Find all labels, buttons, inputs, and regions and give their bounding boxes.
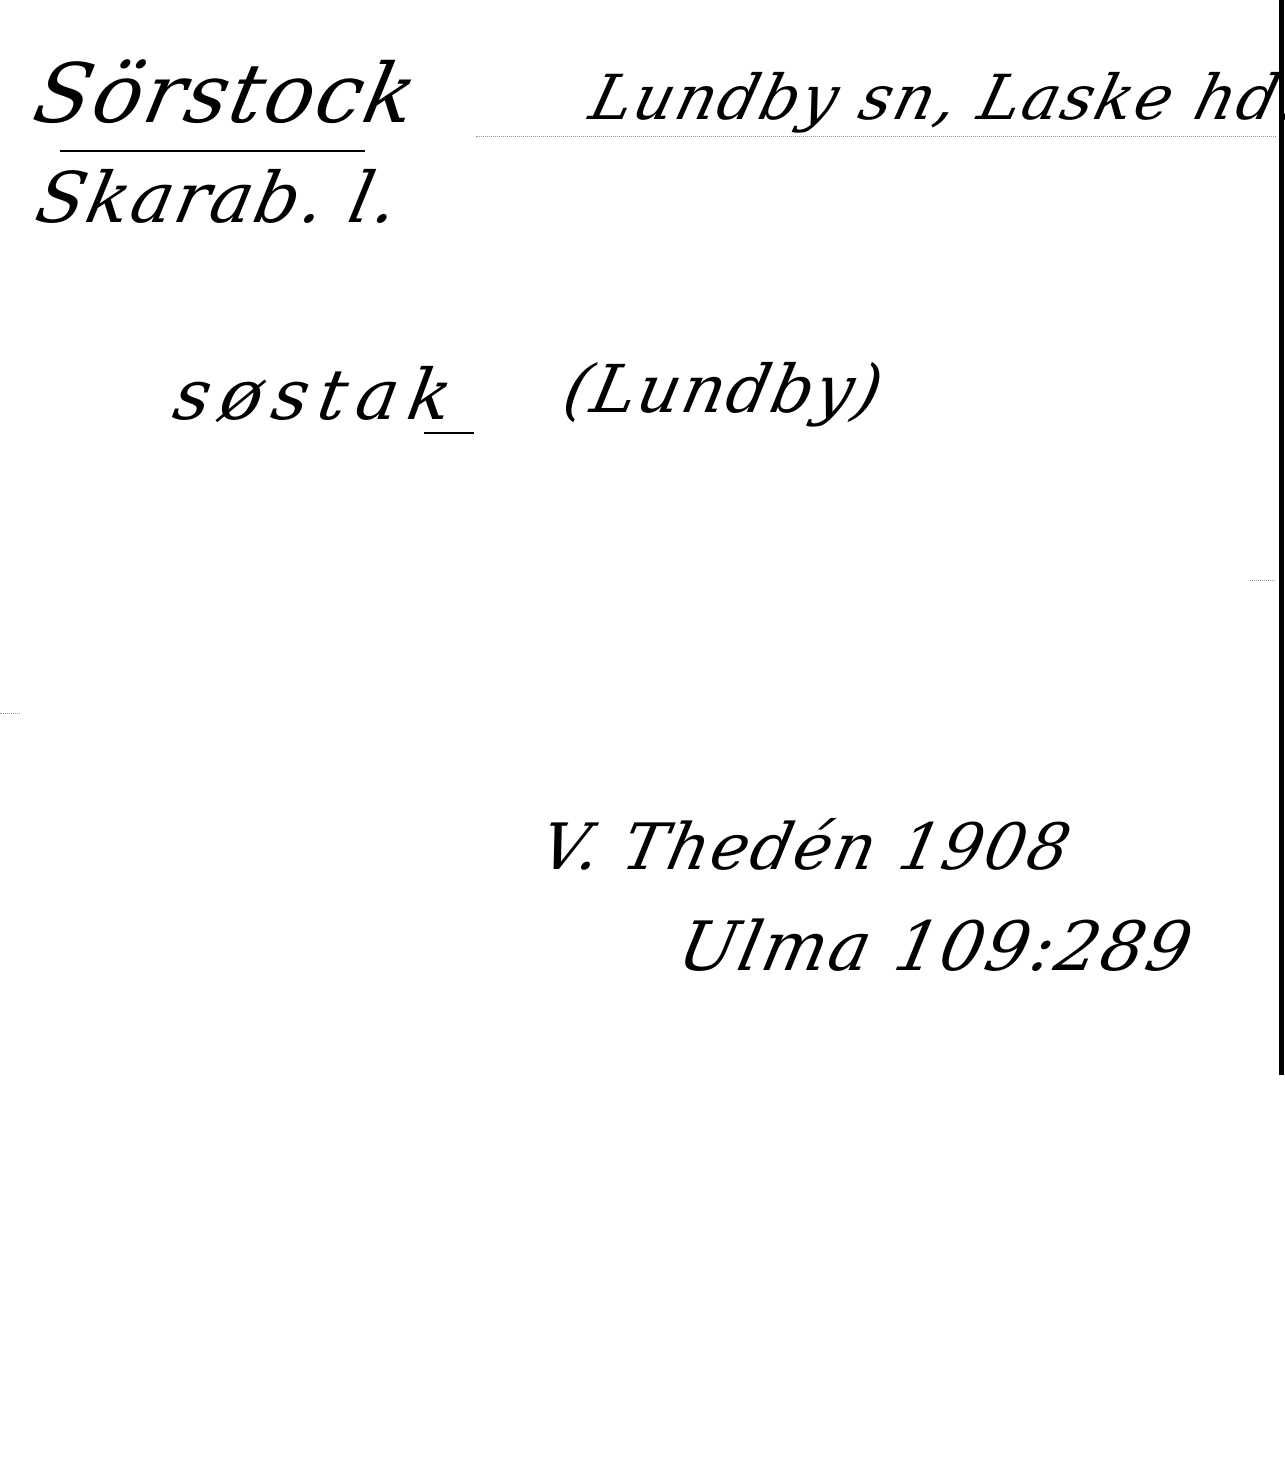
ruled-line	[0, 713, 20, 715]
headword-underline	[60, 150, 365, 152]
archive-reference: Ulma 109:289	[671, 908, 1200, 988]
parish-hundred: Lundby sn, Laske hd?	[582, 58, 1285, 138]
card-right-edge	[1279, 0, 1284, 1075]
county: Skarab. l.	[29, 158, 407, 238]
collector: V. Thedén 1908	[533, 808, 1079, 888]
headword: Sörstock	[26, 50, 426, 140]
pronunciation-source: (Lundby)	[555, 345, 892, 435]
ruled-line	[1250, 580, 1275, 582]
index-card: Sörstock Skarab. l. Lundby sn, Laske hd?…	[0, 0, 1285, 1462]
pronunciation-underline	[424, 432, 474, 434]
pronunciation: søstak	[167, 350, 469, 440]
